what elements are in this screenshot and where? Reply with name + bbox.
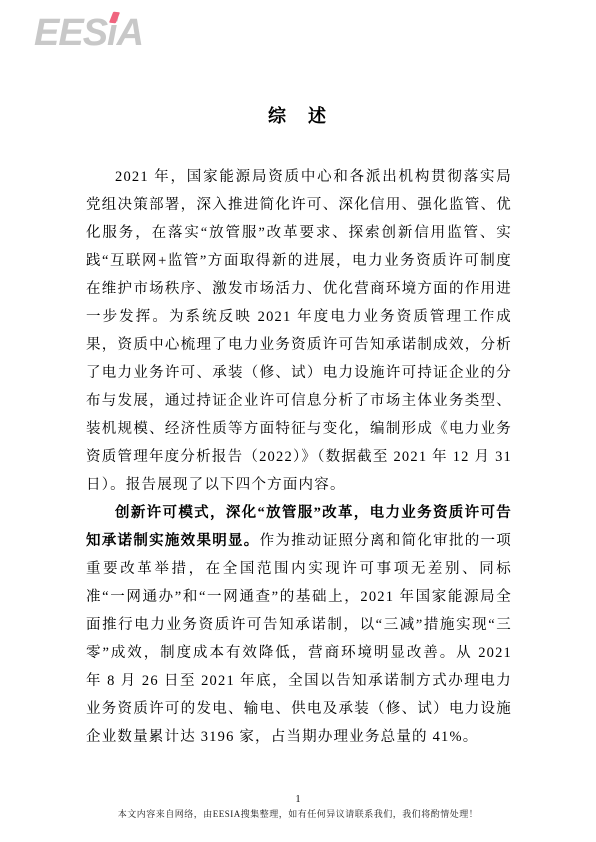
footer-disclaimer: 本文内容来自网络，由EESIA搜集整理，如有任何异议请联系我们，我们将酌情处理！	[0, 809, 596, 820]
paragraph-2-text: 作为推动证照分离和简化审批的一项重要改革举措，在全国范围内实现许可事项无差别、同…	[86, 533, 512, 745]
paragraph-1: 2021 年，国家能源局资质中心和各派出机构贯彻落实局党组决策部署，深入推进简化…	[86, 163, 512, 499]
paragraph-2: 创新许可模式，深化“放管服”改革，电力业务资质许可告知承诺制实施效果明显。作为推…	[86, 499, 512, 751]
eesia-logo: EESiA	[34, 10, 164, 56]
paragraph-1-text: 2021 年，国家能源局资质中心和各派出机构贯彻落实局党组决策部署，深入推进简化…	[86, 169, 512, 493]
eesia-logo-text: EESiA	[34, 12, 143, 54]
document-page: EESiA 综 述 2021 年，国家能源局资质中心和各派出机构贯彻落实局党组决…	[0, 0, 596, 842]
page-number: 1	[0, 793, 596, 806]
document-body: 2021 年，国家能源局资质中心和各派出机构贯彻落实局党组决策部署，深入推进简化…	[86, 163, 512, 751]
page-footer: 1 本文内容来自网络，由EESIA搜集整理，如有任何异议请联系我们，我们将酌情处…	[0, 793, 596, 820]
